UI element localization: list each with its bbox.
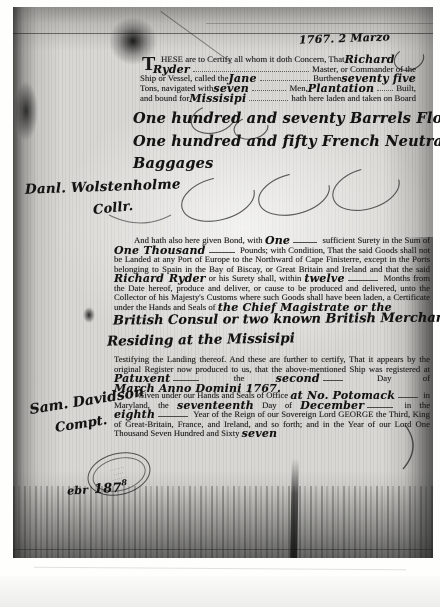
dotted-rule: [249, 93, 288, 101]
print-text: Day of: [377, 373, 430, 383]
handwriting-register-day: second: [276, 372, 320, 385]
photo-bottom-line: [13, 549, 433, 550]
handwriting-year-word: seven: [242, 427, 278, 440]
archive-date-note: 1767. 2 Marzo: [299, 30, 390, 46]
ink-rule: [323, 377, 343, 381]
ink-blotch-edge: [14, 81, 38, 141]
print-text: sufficient Surety in the Sum of: [322, 235, 430, 245]
note-number: 187: [94, 481, 122, 497]
dotted-rule: [193, 64, 309, 72]
scan-page: 1767. 2 Marzo T HESE are to Certify all …: [0, 0, 440, 607]
document-photo: 1767. 2 Marzo T HESE are to Certify all …: [13, 7, 433, 558]
note-superscript: 8: [121, 477, 127, 487]
form-line-5: and bound for Missisipi hath here laden …: [140, 93, 416, 103]
certificate-form: T HESE are to Certify all whom it doth C…: [140, 54, 416, 102]
print-text: or his Surety shall, within: [209, 273, 302, 283]
handwriting-issue-month: December: [300, 399, 364, 412]
print-text: Testifying the Landing thereof. And thes…: [114, 354, 430, 374]
ink-rule: [173, 377, 199, 381]
ink-rule: [367, 404, 393, 408]
crease-line-faint: [206, 23, 433, 24]
print-text: Men,: [289, 83, 307, 93]
ink-rule: [398, 394, 418, 398]
handwriting-surety-count: One: [265, 234, 290, 247]
cargo-line-2: One hundred and fifty French Neutrals wi…: [133, 131, 425, 154]
handwriting-master-name: Richard Ryder: [114, 272, 206, 285]
collector-title: Collr.: [92, 199, 134, 218]
page-bottom-shade: [0, 576, 440, 607]
cargo-word: Baggages: [133, 155, 213, 172]
note-prefix: ebr: [67, 483, 89, 497]
register-clause: Testifying the Landing thereof. And thes…: [114, 355, 430, 393]
ink-rule: [209, 249, 235, 253]
ink-rule: [158, 413, 188, 417]
cargo-manifest: One hundred and seventy Barrels Flour, a…: [133, 108, 425, 176]
handwriting-months: twelve: [304, 272, 344, 285]
print-text: and bound for: [140, 93, 189, 103]
cargo-line-3: Baggages: [133, 153, 425, 176]
ink-rule: [293, 239, 317, 243]
page-shadow-line: [34, 567, 406, 571]
dotted-rule: [260, 73, 310, 81]
issuing-clause: Given under our Hands and Seals of Offic…: [114, 391, 430, 439]
print-text: in the: [404, 400, 430, 410]
print-text: Day of: [262, 400, 292, 410]
cargo-line-1: One hundred and seventy Barrels Flour, a…: [133, 108, 425, 131]
archival-number-note: ebr 1878: [67, 476, 128, 498]
dotted-rule: [252, 83, 286, 91]
residing-line: Residing at the Missisipi: [107, 330, 295, 349]
bond-clause: And hath also here given Bond, with One …: [114, 236, 430, 312]
ink-blotch-small: [83, 307, 95, 323]
ink-rule: [348, 277, 378, 281]
consul-line: British Consul or two known British Merc…: [113, 310, 440, 328]
handwriting-regnal-year: eighth: [114, 408, 155, 421]
handwriting-bond-sum: One Thousand: [114, 244, 206, 257]
handwriting-issue-day: seventeenth: [177, 399, 254, 412]
collector-signature: Danl. Wolstenholme: [25, 176, 181, 197]
comptroller-title: Compt.: [54, 413, 108, 436]
